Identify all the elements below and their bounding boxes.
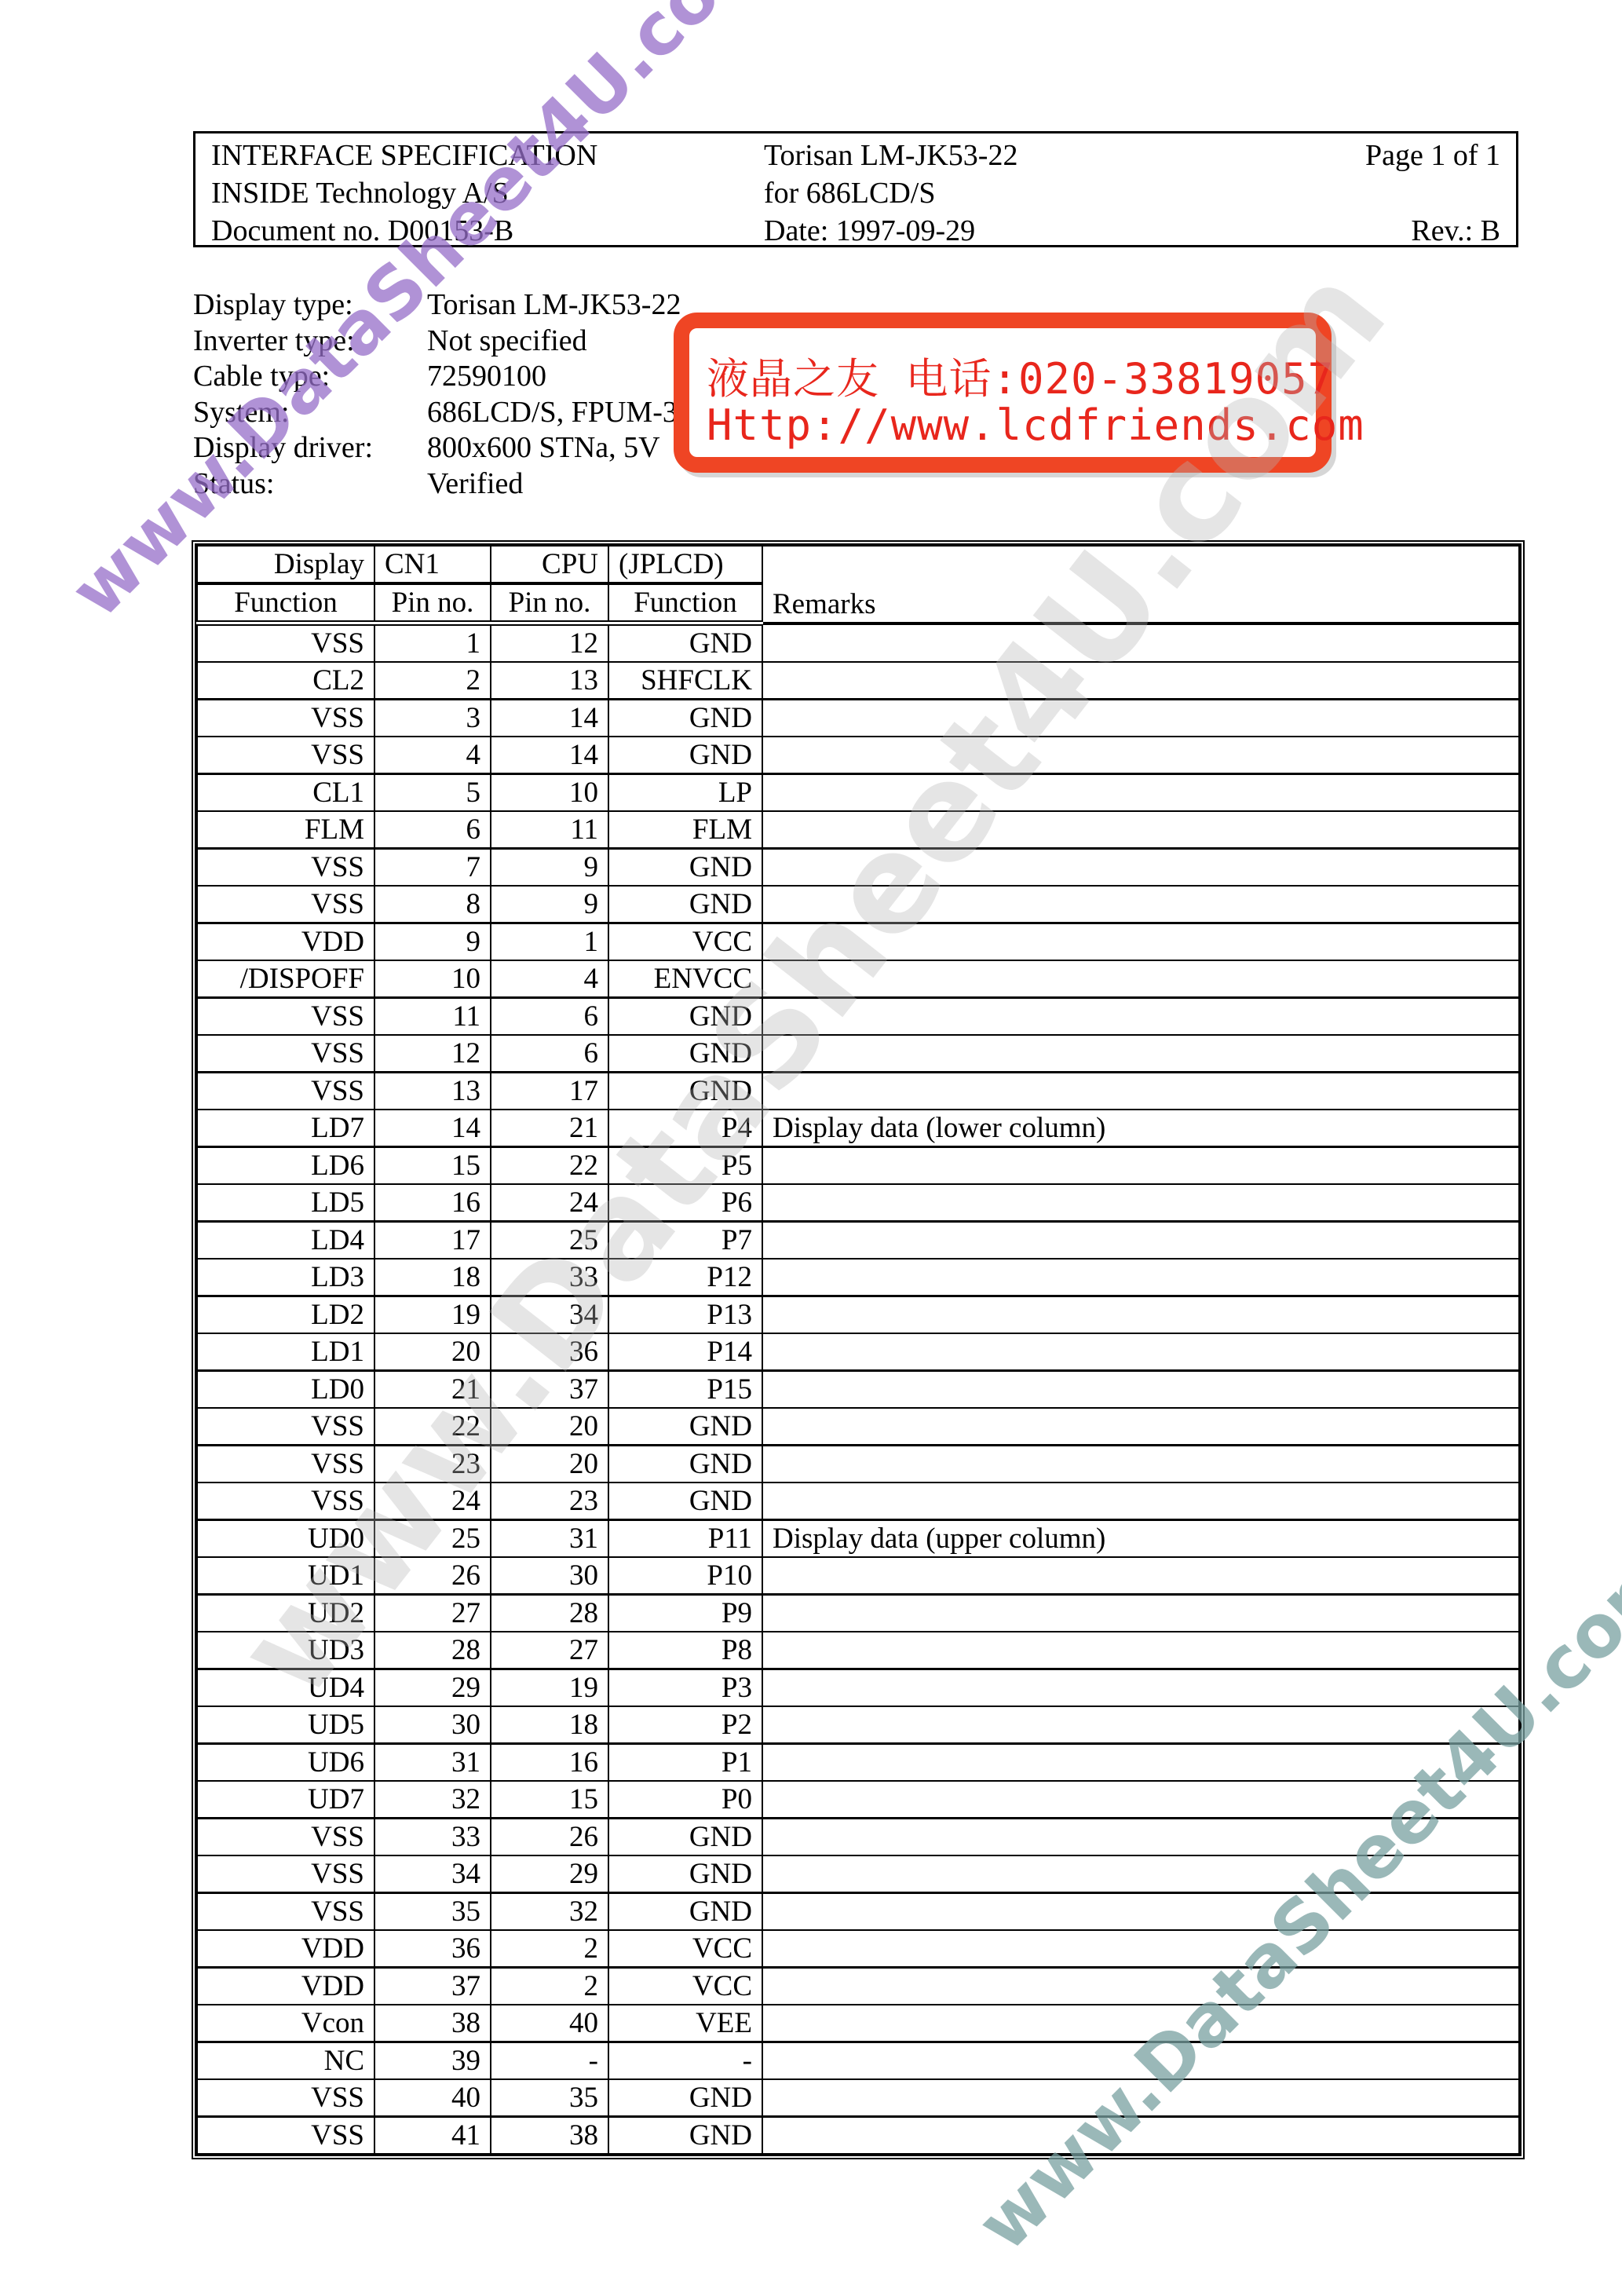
cell-display-pin: 31 (374, 1744, 491, 1782)
cell-remarks (762, 2042, 1519, 2080)
cell-remarks (762, 662, 1519, 700)
cell-cpu-function: P1 (608, 1744, 762, 1782)
cell-remarks (762, 1333, 1519, 1371)
cell-cpu-pin: 24 (491, 1184, 608, 1222)
cell-display-function: VDD (197, 923, 374, 961)
table-row: CL2213SHFCLK (197, 662, 1519, 700)
cell-remarks (762, 1893, 1519, 1931)
cell-display-pin: 34 (374, 1855, 491, 1893)
header-left: INTERFACE SPECIFICATION INSIDE Technolog… (211, 137, 597, 250)
cell-remarks (762, 960, 1519, 998)
cell-display-function: VSS (197, 1035, 374, 1073)
cell-remarks (762, 1073, 1519, 1110)
cell-cpu-function: GND (608, 623, 762, 663)
cell-cpu-function: P15 (608, 1371, 762, 1409)
cell-display-pin: 35 (374, 1893, 491, 1931)
cell-remarks (762, 700, 1519, 737)
cell-remarks (762, 1930, 1519, 1968)
table-row: UD02531P11Display data (upper column) (197, 1520, 1519, 1558)
info-row-inverter-type: Inverter type: Not specified (193, 324, 750, 360)
cell-cpu-function: P4 (608, 1110, 762, 1147)
cell-display-pin: 14 (374, 1110, 491, 1147)
cell-remarks (762, 811, 1519, 849)
info-value: Torisan LM-JK53-22 (427, 287, 681, 324)
info-row-display-type: Display type: Torisan LM-JK53-22 (193, 287, 750, 324)
display-model: Torisan LM-JK53-22 (764, 137, 1017, 174)
group-display: Display (197, 546, 374, 583)
cell-display-function: UD3 (197, 1632, 374, 1669)
table-row: UD22728P9 (197, 1595, 1519, 1632)
cell-remarks (762, 1296, 1519, 1334)
cell-cpu-pin: 18 (491, 1706, 608, 1744)
cell-cpu-function: GND (608, 1035, 762, 1073)
revision: Rev.: B (1365, 212, 1500, 250)
cell-remarks (762, 1483, 1519, 1520)
cell-cpu-pin: 17 (491, 1073, 608, 1110)
cell-remarks (762, 1184, 1519, 1222)
table-row: VSS314GND (197, 700, 1519, 737)
info-value: 800x600 STNa, 5V (427, 430, 660, 466)
cell-cpu-pin: 22 (491, 1147, 608, 1185)
cell-remarks (762, 623, 1519, 663)
cell-display-function: VSS (197, 1483, 374, 1520)
cell-display-pin: 3 (374, 700, 491, 737)
cell-cpu-function: P2 (608, 1706, 762, 1744)
cell-cpu-function: P11 (608, 1520, 762, 1558)
table-row: VSS2320GND (197, 1446, 1519, 1483)
spec-title: INTERFACE SPECIFICATION (211, 137, 597, 174)
table-row: CL1510LP (197, 774, 1519, 812)
header-center: Torisan LM-JK53-22 for 686LCD/S Date: 19… (764, 137, 1017, 250)
cell-cpu-pin: 25 (491, 1222, 608, 1260)
cell-cpu-function: GND (608, 2079, 762, 2117)
cell-remarks (762, 1446, 1519, 1483)
cell-remarks (762, 1595, 1519, 1632)
cell-cpu-pin: 27 (491, 1632, 608, 1669)
cell-display-pin: 16 (374, 1184, 491, 1222)
cell-cpu-pin: 6 (491, 1035, 608, 1073)
target-system: for 686LCD/S (764, 174, 1017, 212)
info-row-system: System: 686LCD/S, FPUM-3 AC-2 (193, 395, 750, 431)
cell-display-function: VSS (197, 886, 374, 923)
cell-cpu-function: P10 (608, 1557, 762, 1595)
cell-cpu-pin: 23 (491, 1483, 608, 1520)
cell-display-function: UD4 (197, 1669, 374, 1707)
cell-cpu-function: VCC (608, 1968, 762, 2005)
cell-cpu-function: P6 (608, 1184, 762, 1222)
table-row: VSS414GND (197, 737, 1519, 774)
cell-remarks (762, 2005, 1519, 2042)
table-row: VSS3429GND (197, 1855, 1519, 1893)
table-row: VSS2423GND (197, 1483, 1519, 1520)
info-label: Inverter type: (193, 324, 427, 360)
document-number: Document no. D00153-B (211, 212, 597, 250)
cell-cpu-function: VCC (608, 923, 762, 961)
cell-display-function: LD0 (197, 1371, 374, 1409)
group-jplcd: (JPLCD) (608, 546, 762, 583)
cell-display-pin: 21 (374, 1371, 491, 1409)
cell-display-pin: 33 (374, 1819, 491, 1856)
cell-remarks (762, 849, 1519, 887)
cell-cpu-pin: 9 (491, 886, 608, 923)
cell-display-function: UD7 (197, 1781, 374, 1819)
table-row: VDD362VCC (197, 1930, 1519, 1968)
cell-remarks (762, 1259, 1519, 1296)
cell-display-function: VSS (197, 1073, 374, 1110)
cell-remarks (762, 1371, 1519, 1409)
cell-display-function: VDD (197, 1930, 374, 1968)
table-row: UD73215P0 (197, 1781, 1519, 1819)
page-number: Page 1 of 1 (1365, 137, 1500, 174)
cell-cpu-function: ENVCC (608, 960, 762, 998)
cell-display-function: VSS (197, 623, 374, 663)
cell-display-pin: 5 (374, 774, 491, 812)
cell-cpu-function: GND (608, 1855, 762, 1893)
table-body: VSS112GNDCL2213SHFCLKVSS314GNDVSS414GNDC… (197, 623, 1519, 2155)
cell-remarks (762, 1408, 1519, 1446)
table-row: NC39-- (197, 2042, 1519, 2080)
cell-cpu-function: P12 (608, 1259, 762, 1296)
cell-remarks (762, 737, 1519, 774)
cell-cpu-function: P3 (608, 1669, 762, 1707)
cell-cpu-pin: 20 (491, 1408, 608, 1446)
col-remarks: Remarks (762, 546, 1519, 623)
cell-cpu-function: P0 (608, 1781, 762, 1819)
cell-cpu-function: GND (608, 849, 762, 887)
cell-remarks (762, 1632, 1519, 1669)
cell-cpu-pin: 30 (491, 1557, 608, 1595)
col-display-pin: Pin no. (374, 583, 491, 623)
cell-cpu-pin: 33 (491, 1259, 608, 1296)
info-value: Verified (427, 466, 523, 503)
cell-display-function: VSS (197, 998, 374, 1036)
cell-display-function: FLM (197, 811, 374, 849)
cell-cpu-pin: 13 (491, 662, 608, 700)
info-value: Not specified (427, 324, 587, 360)
cell-cpu-function: GND (608, 886, 762, 923)
cell-display-pin: 8 (374, 886, 491, 923)
cell-display-function: LD2 (197, 1296, 374, 1334)
cell-cpu-pin: 14 (491, 700, 608, 737)
cell-cpu-pin: 34 (491, 1296, 608, 1334)
cell-display-function: NC (197, 2042, 374, 2080)
table-row: VSS79GND (197, 849, 1519, 887)
cell-cpu-pin: 16 (491, 1744, 608, 1782)
info-value: 72590100 (427, 359, 546, 395)
cell-cpu-function: GND (608, 737, 762, 774)
document-header: INTERFACE SPECIFICATION INSIDE Technolog… (193, 131, 1518, 247)
table-row: UD32827P8 (197, 1632, 1519, 1669)
cell-cpu-pin: 32 (491, 1893, 608, 1931)
pin-table: Display CN1 CPU (JPLCD) Remarks Function… (192, 540, 1525, 2159)
cell-cpu-function: P5 (608, 1147, 762, 1185)
cell-display-pin: 38 (374, 2005, 491, 2042)
cell-display-pin: 37 (374, 1968, 491, 2005)
cell-display-function: UD5 (197, 1706, 374, 1744)
table-row: VSS4035GND (197, 2079, 1519, 2117)
cell-display-pin: 28 (374, 1632, 491, 1669)
cell-display-function: UD1 (197, 1557, 374, 1595)
table-row: VSS1317GND (197, 1073, 1519, 1110)
stamp-phone: 液晶之友 电话:020-33819057 (707, 345, 1334, 406)
cell-display-pin: 17 (374, 1222, 491, 1260)
cell-cpu-function: VEE (608, 2005, 762, 2042)
table-row: LD51624P6 (197, 1184, 1519, 1222)
cell-display-pin: 7 (374, 849, 491, 887)
cell-remarks (762, 886, 1519, 923)
info-row-status: Status: Verified (193, 466, 750, 503)
cell-display-pin: 29 (374, 1669, 491, 1707)
cell-cpu-function: GND (608, 2117, 762, 2155)
table-row: VSS4138GND (197, 2117, 1519, 2155)
cell-cpu-function: P14 (608, 1333, 762, 1371)
table-row: VDD91VCC (197, 923, 1519, 961)
cell-display-pin: 22 (374, 1408, 491, 1446)
info-label: Display driver: (193, 430, 427, 466)
cell-remarks (762, 1855, 1519, 1893)
cell-cpu-pin: 4 (491, 960, 608, 998)
cell-remarks (762, 1968, 1519, 2005)
cell-cpu-pin: 35 (491, 2079, 608, 2117)
info-label: Status: (193, 466, 427, 503)
cell-display-function: LD6 (197, 1147, 374, 1185)
cell-cpu-pin: 26 (491, 1819, 608, 1856)
table-row: UD42919P3 (197, 1669, 1519, 1707)
cell-remarks (762, 1557, 1519, 1595)
cell-cpu-function: GND (608, 1893, 762, 1931)
group-cpu: CPU (491, 546, 608, 583)
info-label: System: (193, 395, 427, 431)
table-row: VSS126GND (197, 1035, 1519, 1073)
cell-cpu-function: - (608, 2042, 762, 2080)
cell-remarks (762, 1222, 1519, 1260)
cell-display-pin: 12 (374, 1035, 491, 1073)
table-row: LD41725P7 (197, 1222, 1519, 1260)
cell-cpu-function: P13 (608, 1296, 762, 1334)
table-row: LD21934P13 (197, 1296, 1519, 1334)
cell-display-function: LD1 (197, 1333, 374, 1371)
table-row: LD71421P4Display data (lower column) (197, 1110, 1519, 1147)
cell-display-function: LD5 (197, 1184, 374, 1222)
lcdfriends-stamp: 液晶之友 电话:020-33819057 Http://www.lcdfrien… (674, 313, 1332, 473)
table-group-header: Display CN1 CPU (JPLCD) Remarks (197, 546, 1519, 583)
table-row: LD12036P14 (197, 1333, 1519, 1371)
cell-display-pin: 26 (374, 1557, 491, 1595)
cell-cpu-pin: 38 (491, 2117, 608, 2155)
cell-remarks (762, 998, 1519, 1036)
cell-display-function: VSS (197, 1855, 374, 1893)
info-label: Display type: (193, 287, 427, 324)
table-row: UD12630P10 (197, 1557, 1519, 1595)
cell-cpu-pin: 2 (491, 1968, 608, 2005)
cell-display-pin: 36 (374, 1930, 491, 1968)
cell-cpu-pin: 37 (491, 1371, 608, 1409)
cell-display-pin: 4 (374, 737, 491, 774)
info-row-cable-type: Cable type: 72590100 (193, 359, 750, 395)
cell-cpu-pin: 2 (491, 1930, 608, 1968)
table-row: VSS89GND (197, 886, 1519, 923)
cell-cpu-function: LP (608, 774, 762, 812)
cell-cpu-pin: 15 (491, 1781, 608, 1819)
cell-cpu-function: GND (608, 700, 762, 737)
cell-display-pin: 11 (374, 998, 491, 1036)
table-row: VDD372VCC (197, 1968, 1519, 2005)
info-row-display-driver: Display driver: 800x600 STNa, 5V (193, 430, 750, 466)
cell-cpu-pin: 14 (491, 737, 608, 774)
company-name: INSIDE Technology A/S (211, 174, 597, 212)
cell-cpu-pin: 6 (491, 998, 608, 1036)
table-row: LD61522P5 (197, 1147, 1519, 1185)
col-cpu-pin: Pin no. (491, 583, 608, 623)
cell-display-function: CL2 (197, 662, 374, 700)
table-row: VSS116GND (197, 998, 1519, 1036)
cell-cpu-pin: 29 (491, 1855, 608, 1893)
table-row: /DISPOFF104ENVCC (197, 960, 1519, 998)
cell-display-function: VSS (197, 2079, 374, 2117)
table-row: VSS3326GND (197, 1819, 1519, 1856)
cell-display-pin: 27 (374, 1595, 491, 1632)
header-spacer (1365, 174, 1500, 212)
cell-display-function: VSS (197, 700, 374, 737)
cell-cpu-function: P8 (608, 1632, 762, 1669)
cell-remarks (762, 1669, 1519, 1707)
cell-display-function: LD7 (197, 1110, 374, 1147)
cell-display-pin: 19 (374, 1296, 491, 1334)
stamp-url: Http://www.lcdfriends.com (707, 400, 1364, 450)
cell-display-pin: 41 (374, 2117, 491, 2155)
cell-display-function: VSS (197, 1408, 374, 1446)
cell-display-function: VDD (197, 1968, 374, 2005)
cell-remarks (762, 2079, 1519, 2117)
cell-cpu-pin: 36 (491, 1333, 608, 1371)
cell-display-pin: 18 (374, 1259, 491, 1296)
cell-cpu-function: GND (608, 1819, 762, 1856)
cell-display-function: LD4 (197, 1222, 374, 1260)
header-right: Page 1 of 1 Rev.: B (1365, 137, 1500, 250)
cell-cpu-pin: 21 (491, 1110, 608, 1147)
cell-display-pin: 13 (374, 1073, 491, 1110)
table-row: Vcon3840VEE (197, 2005, 1519, 2042)
cell-display-function: UD2 (197, 1595, 374, 1632)
cell-display-pin: 24 (374, 1483, 491, 1520)
cell-display-pin: 20 (374, 1333, 491, 1371)
table-row: LD31833P12 (197, 1259, 1519, 1296)
cell-cpu-function: GND (608, 1073, 762, 1110)
cell-display-pin: 9 (374, 923, 491, 961)
cell-display-function: Vcon (197, 2005, 374, 2042)
table-row: LD02137P15 (197, 1371, 1519, 1409)
table-row: UD63116P1 (197, 1744, 1519, 1782)
cell-display-pin: 40 (374, 2079, 491, 2117)
cell-cpu-pin: 28 (491, 1595, 608, 1632)
cell-cpu-pin: 20 (491, 1446, 608, 1483)
cell-display-function: UD6 (197, 1744, 374, 1782)
cell-cpu-function: VCC (608, 1930, 762, 1968)
cell-display-pin: 10 (374, 960, 491, 998)
cell-remarks (762, 1819, 1519, 1856)
cell-display-pin: 25 (374, 1520, 491, 1558)
cell-remarks (762, 2117, 1519, 2155)
cell-cpu-pin: 12 (491, 623, 608, 663)
cell-cpu-function: P7 (608, 1222, 762, 1260)
cell-display-pin: 2 (374, 662, 491, 700)
cell-cpu-function: SHFCLK (608, 662, 762, 700)
cell-display-function: VSS (197, 1446, 374, 1483)
cell-display-function: CL1 (197, 774, 374, 812)
col-display-function: Function (197, 583, 374, 623)
cell-cpu-pin: - (491, 2042, 608, 2080)
cell-cpu-function: GND (608, 998, 762, 1036)
cell-remarks (762, 1147, 1519, 1185)
document-date: Date: 1997-09-29 (764, 212, 1017, 250)
cell-cpu-pin: 9 (491, 849, 608, 887)
cell-cpu-pin: 11 (491, 811, 608, 849)
table-row: VSS112GND (197, 623, 1519, 663)
cell-display-pin: 39 (374, 2042, 491, 2080)
cell-remarks (762, 1706, 1519, 1744)
col-cpu-function: Function (608, 583, 762, 623)
cell-display-pin: 23 (374, 1446, 491, 1483)
info-label: Cable type: (193, 359, 427, 395)
spec-info: Display type: Torisan LM-JK53-22 Inverte… (193, 287, 750, 502)
cell-display-function: VSS (197, 1893, 374, 1931)
cell-display-function: /DISPOFF (197, 960, 374, 998)
cell-display-function: LD3 (197, 1259, 374, 1296)
cell-remarks (762, 774, 1519, 812)
cell-display-pin: 15 (374, 1147, 491, 1185)
cell-cpu-function: GND (608, 1408, 762, 1446)
cell-cpu-pin: 31 (491, 1520, 608, 1558)
cell-display-pin: 6 (374, 811, 491, 849)
cell-display-function: UD0 (197, 1520, 374, 1558)
cell-remarks (762, 1781, 1519, 1819)
cell-cpu-pin: 40 (491, 2005, 608, 2042)
cell-cpu-pin: 1 (491, 923, 608, 961)
cell-display-pin: 30 (374, 1706, 491, 1744)
cell-display-pin: 1 (374, 623, 491, 663)
cell-display-function: VSS (197, 1819, 374, 1856)
cell-display-function: VSS (197, 849, 374, 887)
table-row: VSS3532GND (197, 1893, 1519, 1931)
cell-display-function: VSS (197, 2117, 374, 2155)
cell-cpu-pin: 19 (491, 1669, 608, 1707)
cell-remarks (762, 923, 1519, 961)
cell-display-pin: 32 (374, 1781, 491, 1819)
cell-cpu-pin: 10 (491, 774, 608, 812)
cell-cpu-function: GND (608, 1446, 762, 1483)
table-row: UD53018P2 (197, 1706, 1519, 1744)
table-row: VSS2220GND (197, 1408, 1519, 1446)
cell-display-function: VSS (197, 737, 374, 774)
group-cn1: CN1 (374, 546, 491, 583)
cell-cpu-function: FLM (608, 811, 762, 849)
cell-remarks: Display data (upper column) (762, 1520, 1519, 1558)
cell-cpu-function: GND (608, 1483, 762, 1520)
cell-remarks: Display data (lower column) (762, 1110, 1519, 1147)
cell-remarks (762, 1744, 1519, 1782)
cell-cpu-function: P9 (608, 1595, 762, 1632)
cell-remarks (762, 1035, 1519, 1073)
pin-mapping-table: Display CN1 CPU (JPLCD) Remarks Function… (196, 545, 1520, 2155)
table-row: FLM611FLM (197, 811, 1519, 849)
